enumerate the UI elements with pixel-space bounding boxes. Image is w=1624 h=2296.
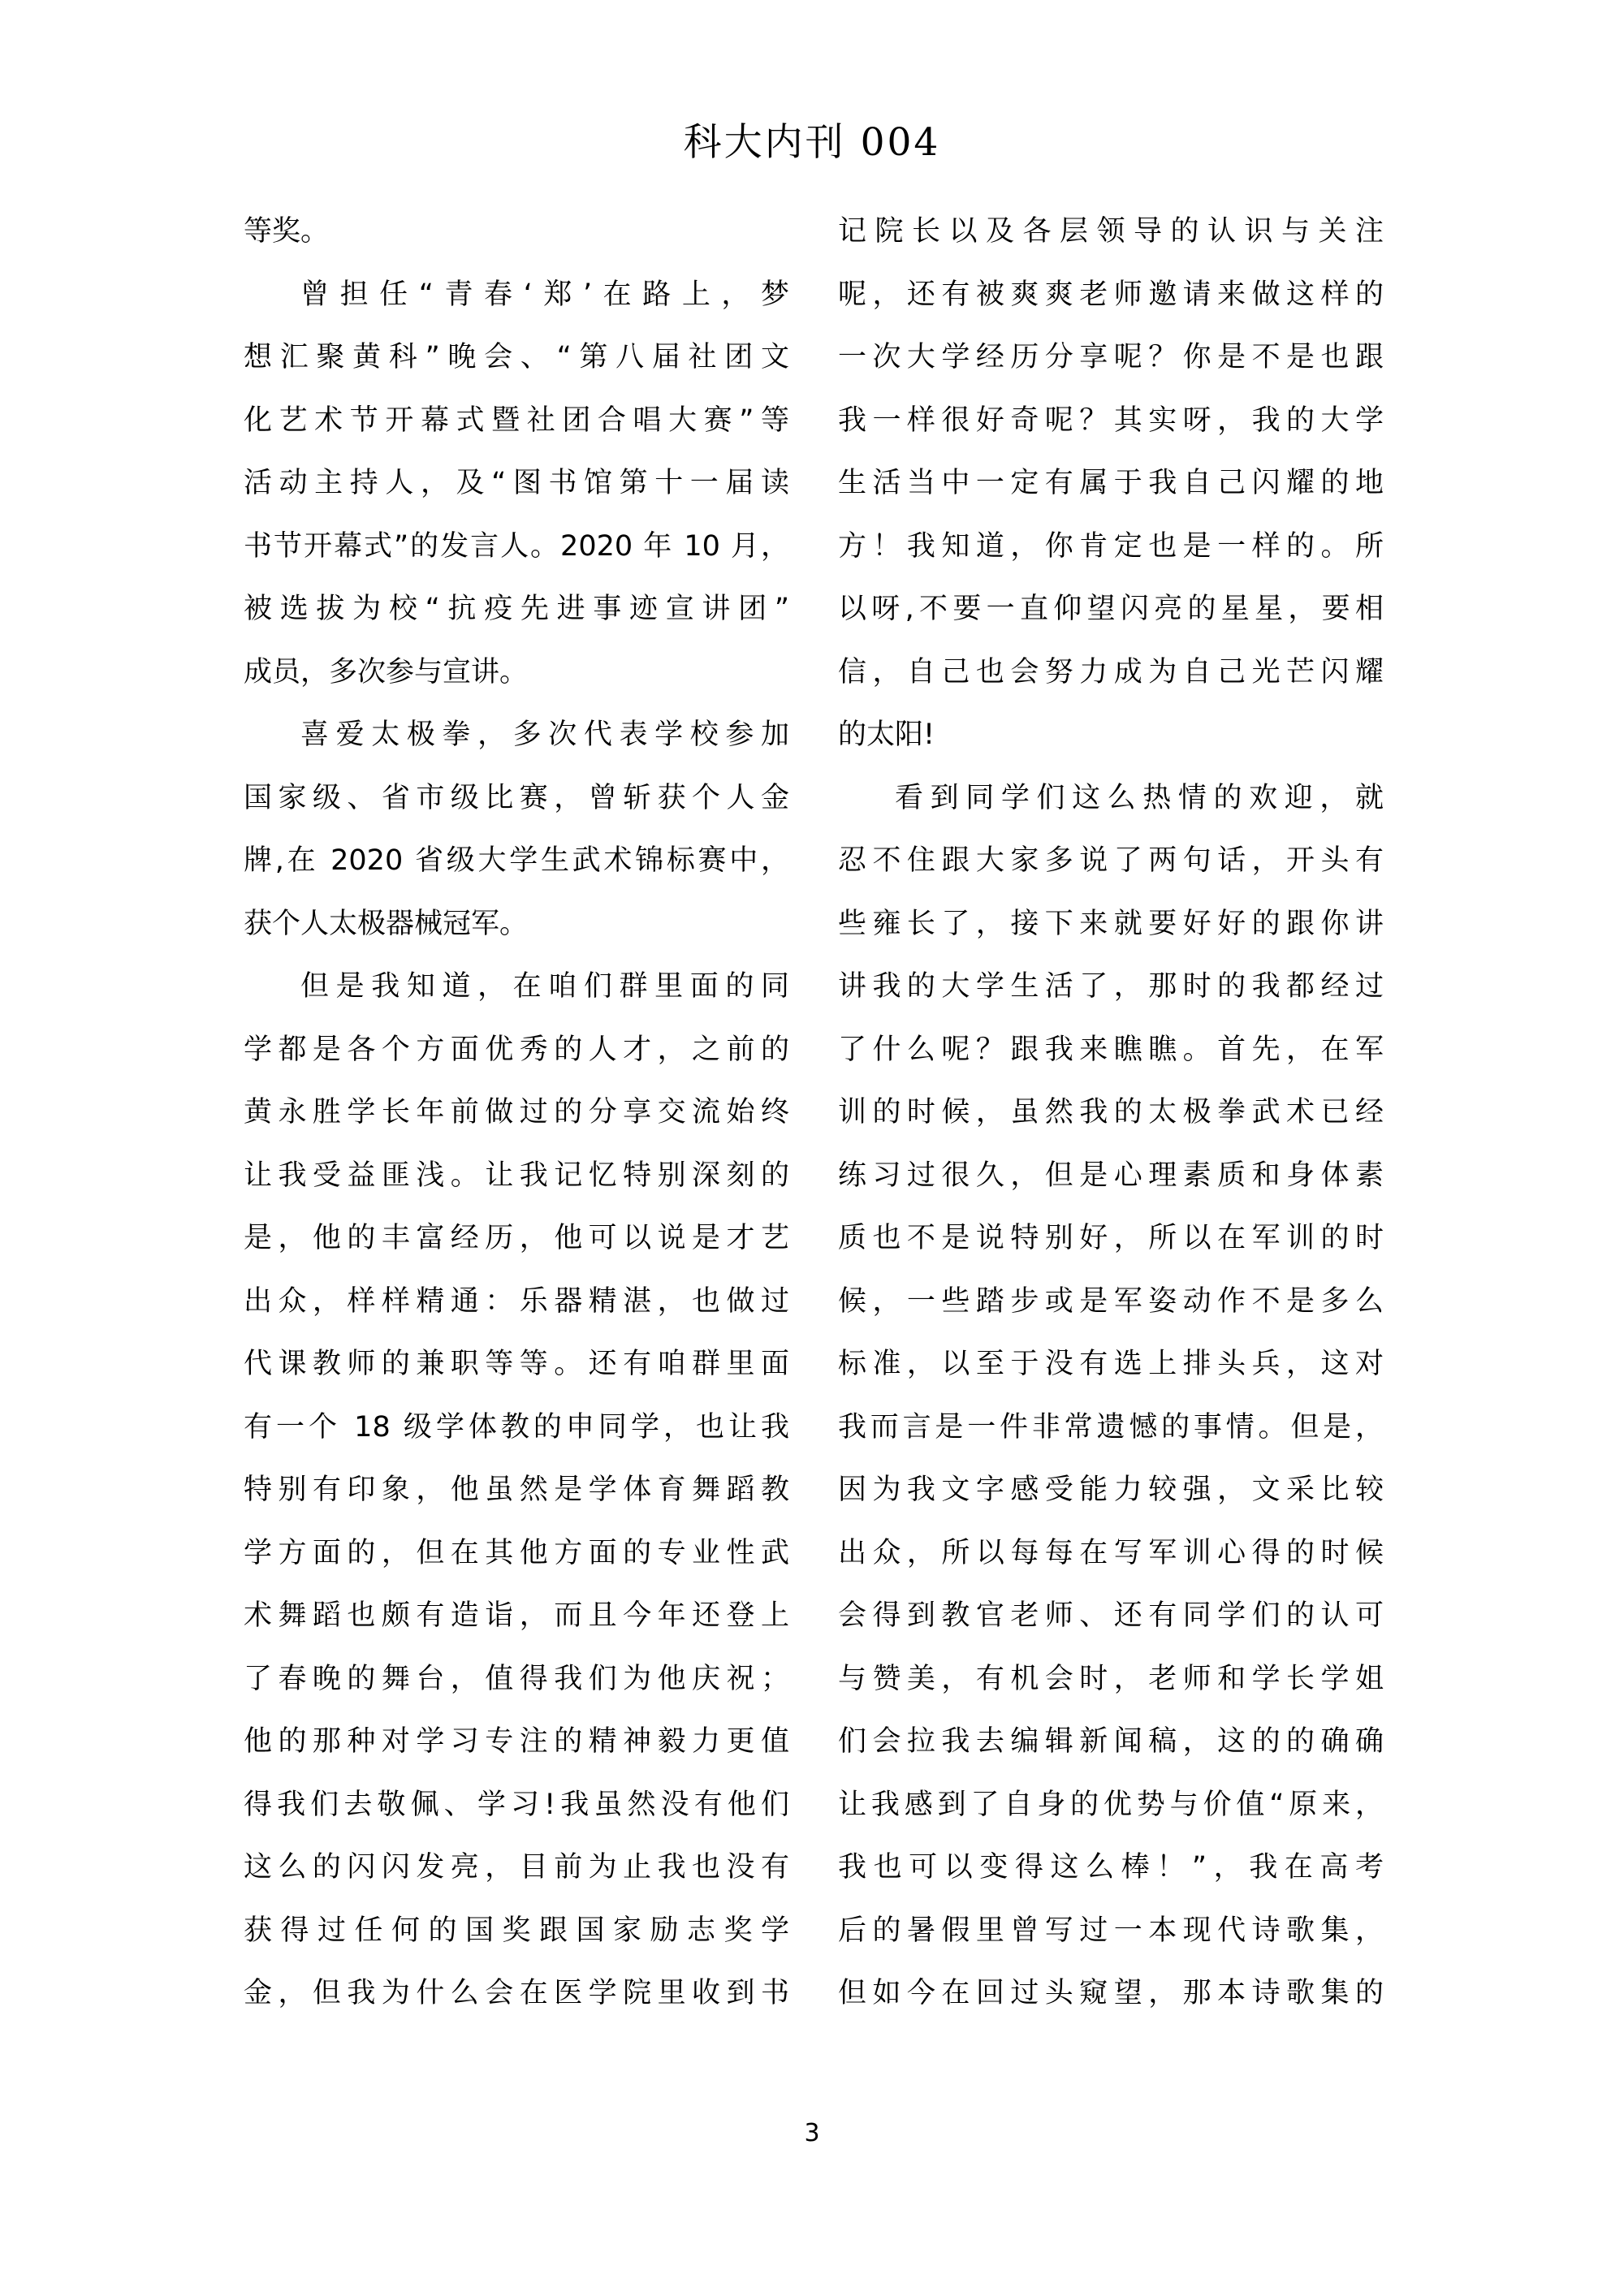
- text-line: 我而言是一件非常遗憾的事情。但是，: [838, 1396, 1384, 1460]
- text-line: 训的时候，虽然我的太极拳武术已经: [838, 1081, 1384, 1145]
- text-line: 练习过很久，但是心理素质和身体素: [838, 1145, 1384, 1208]
- text-line: 曾担任“青春‘郑’在路上，梦: [244, 264, 789, 327]
- text-line: 有一个 18 级学体教的申同学，也让我: [244, 1396, 789, 1460]
- text-line: 会得到教官老师、还有同学们的认可: [838, 1585, 1384, 1648]
- text-line: 生活当中一定有属于我自己闪耀的地: [838, 452, 1384, 516]
- text-line: 了春晚的舞台，值得我们为他庆祝；: [244, 1648, 789, 1711]
- text-line: 标准，以至于没有选上排头兵，这对: [838, 1333, 1384, 1396]
- text-line: 呢，还有被爽爽老师邀请来做这样的: [838, 264, 1384, 327]
- text-line: 与赞美，有机会时，老师和学长学姐: [838, 1648, 1384, 1711]
- text-line: 候，一些踏步或是军姿动作不是多么: [838, 1271, 1384, 1334]
- left-column: 等奖。曾担任“青春‘郑’在路上，梦想汇聚黄科”晚会、“第八届社团文化艺术节开幕式…: [244, 201, 789, 2026]
- text-line: 被选拔为校“抗疫先进事迹宣讲团”: [244, 578, 789, 641]
- text-line: 学都是各个方面优秀的人才，之前的: [244, 1019, 789, 1082]
- text-line: 记院长以及各层领导的认识与关注: [838, 201, 1384, 264]
- text-line: 等奖。: [244, 201, 789, 264]
- text-line: 方！我知道，你肯定也是一样的。所: [838, 516, 1384, 579]
- text-line: 获得过任何的国奖跟国家励志奖学: [244, 1900, 789, 1963]
- text-line: 的太阳!: [838, 704, 1384, 767]
- text-line: 国家级、省市级比赛，曾斩获个人金: [244, 767, 789, 831]
- text-line: 牌,在 2020 省级大学生武术锦标赛中，: [244, 830, 789, 893]
- document-page: 科大内刊 004 等奖。曾担任“青春‘郑’在路上，梦想汇聚黄科”晚会、“第八届社…: [0, 0, 1624, 2296]
- text-line: 出众，样样精通：乐器精湛，也做过: [244, 1271, 789, 1334]
- text-line: 们会拉我去编辑新闻稿，这的的确确: [838, 1711, 1384, 1774]
- text-line: 些雍长了，接下来就要好好的跟你讲: [838, 893, 1384, 956]
- page-header-title: 科大内刊 004: [0, 119, 1624, 167]
- text-line: 学方面的，但在其他方面的专业性武: [244, 1522, 789, 1586]
- text-line: 想汇聚黄科”晚会、“第八届社团文: [244, 326, 789, 390]
- text-line: 忍不住跟大家多说了两句话，开头有: [838, 830, 1384, 893]
- text-line: 获个人太极器械冠军。: [244, 893, 789, 956]
- text-line: 成员，多次参与宣讲。: [244, 641, 789, 705]
- text-line: 看到同学们这么热情的欢迎，就: [838, 767, 1384, 831]
- text-line: 后的暑假里曾写过一本现代诗歌集，: [838, 1900, 1384, 1963]
- text-line: 但是我知道，在咱们群里面的同: [244, 956, 789, 1019]
- right-column: 记院长以及各层领导的认识与关注呢，还有被爽爽老师邀请来做这样的一次大学经历分享呢…: [838, 201, 1384, 2026]
- text-line: 他的那种对学习专注的精神毅力更值: [244, 1711, 789, 1774]
- text-line: 这么的闪闪发亮，目前为止我也没有: [244, 1836, 789, 1900]
- text-line: 黄永胜学长年前做过的分享交流始终: [244, 1081, 789, 1145]
- text-line: 让我感到了自身的优势与价值“原来，: [838, 1774, 1384, 1837]
- text-line: 我也可以变得这么棒！”，我在高考: [838, 1836, 1384, 1900]
- text-line: 但如今在回过头窥望，那本诗歌集的: [838, 1962, 1384, 2026]
- text-line: 得我们去敬佩、学习!我虽然没有他们: [244, 1774, 789, 1837]
- text-line: 让我受益匪浅。让我记忆特别深刻的: [244, 1145, 789, 1208]
- text-line: 以呀,不要一直仰望闪亮的星星，要相: [838, 578, 1384, 641]
- page-number: 3: [0, 2117, 1624, 2150]
- text-line: 质也不是说特别好，所以在军训的时: [838, 1207, 1384, 1271]
- text-line: 因为我文字感受能力较强，文采比较: [838, 1459, 1384, 1522]
- text-line: 喜爱太极拳，多次代表学校参加: [244, 704, 789, 767]
- text-line: 书节开幕式”的发言人。2020 年 10 月，: [244, 516, 789, 579]
- text-line: 出众，所以每每在写军训心得的时候: [838, 1522, 1384, 1586]
- text-line: 了什么呢？跟我来瞧瞧。首先，在军: [838, 1019, 1384, 1082]
- text-line: 特别有印象，他虽然是学体育舞蹈教: [244, 1459, 789, 1522]
- two-column-content: 等奖。曾担任“青春‘郑’在路上，梦想汇聚黄科”晚会、“第八届社团文化艺术节开幕式…: [244, 201, 1384, 2026]
- text-line: 代课教师的兼职等等。还有咱群里面: [244, 1333, 789, 1396]
- text-line: 讲我的大学生活了，那时的我都经过: [838, 956, 1384, 1019]
- text-line: 术舞蹈也颇有造诣，而且今年还登上: [244, 1585, 789, 1648]
- text-line: 是，他的丰富经历，他可以说是才艺: [244, 1207, 789, 1271]
- text-line: 化艺术节开幕式暨社团合唱大赛”等: [244, 390, 789, 453]
- text-line: 一次大学经历分享呢？你是不是也跟: [838, 326, 1384, 390]
- text-line: 信，自己也会努力成为自己光芒闪耀: [838, 641, 1384, 705]
- text-line: 金，但我为什么会在医学院里收到书: [244, 1962, 789, 2026]
- text-line: 我一样很好奇呢？其实呀，我的大学: [838, 390, 1384, 453]
- text-line: 活动主持人，及“图书馆第十一届读: [244, 452, 789, 516]
